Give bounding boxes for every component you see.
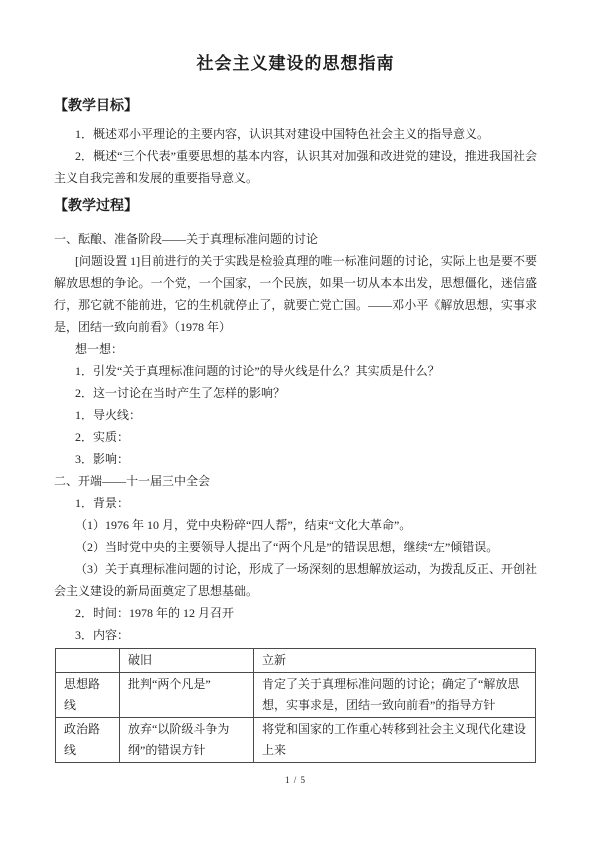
body-paragraph-think: 想一想： [54, 338, 537, 360]
body-paragraph-question-2: 2．这一讨论在当时产生了怎样的影响？ [54, 382, 537, 404]
page-number: 1 / 5 [54, 775, 537, 785]
objective-paragraph: 2．概述“三个代表”重要思想的基本内容，认识其对加强和改进党的建设，推进我国社会… [54, 145, 537, 189]
body-paragraph-background-2: （2）当时党中央的主要领导人提出了“两个凡是”的错误思想，继续“左”倾错误。 [54, 536, 537, 558]
body-paragraph-stage-one: 一、酝酿、准备阶段——关于真理标准问题的讨论 [54, 228, 537, 250]
table-header-cell: 立新 [254, 649, 536, 673]
body-paragraph-essence: 2．实质： [54, 426, 537, 448]
table-cell: 将党和国家的工作重心转移到社会主义现代化建设上来 [254, 718, 536, 763]
table-cell: 批判“两个凡是” [120, 673, 254, 718]
body-paragraph-stage-two: 二、开端——十一届三中全会 [54, 470, 537, 492]
table-row: 政治路线 放弃“以阶级斗争为纲”的错误方针 将党和国家的工作重心转移到社会主义现… [56, 718, 536, 763]
body-paragraph-influence: 3．影响： [54, 448, 537, 470]
table-cell: 放弃“以阶级斗争为纲”的错误方针 [120, 718, 254, 763]
table-cell: 政治路线 [56, 718, 120, 763]
page-title: 社会主义建设的思想指南 [54, 53, 537, 75]
body-paragraph-background-1: （1）1976 年 10 月，党中央粉碎“四人帮”，结束“文化大革命”。 [54, 514, 537, 536]
table-header-cell: 破旧 [120, 649, 254, 673]
body-paragraph-content: 3．内容： [54, 624, 537, 646]
body-paragraph-background: 1．背景： [54, 492, 537, 514]
table-header-row: 破旧 立新 [56, 649, 536, 673]
document-page: 社会主义建设的思想指南 【教学目标】 1．概述邓小平理论的主要内容，认识其对建设… [0, 0, 595, 841]
table-row: 思想路线 批判“两个凡是” 肯定了关于真理标准问题的讨论；确定了“解放思想，实事… [56, 673, 536, 718]
body-paragraph-fuse: 1．导火线： [54, 404, 537, 426]
objective-paragraph: 1．概述邓小平理论的主要内容，认识其对建设中国特色社会主义的指导意义。 [54, 123, 537, 145]
content-table: 破旧 立新 思想路线 批判“两个凡是” 肯定了关于真理标准问题的讨论；确定了“解… [55, 648, 536, 763]
table-cell: 肯定了关于真理标准问题的讨论；确定了“解放思想，实事求是，团结一致向前看”的指导… [254, 673, 536, 718]
table-header-cell [56, 649, 120, 673]
body-paragraph-question-setup: [问题设置 1]目前进行的关于实践是检验真理的唯一标准问题的讨论，实际上也是要不… [54, 250, 537, 338]
section-heading-process: 【教学过程】 [54, 197, 537, 217]
table-cell: 思想路线 [56, 673, 120, 718]
body-paragraph-question-1: 1．引发“关于真理标准问题的讨论”的导火线是什么？其实质是什么？ [54, 360, 537, 382]
body-paragraph-time: 2．时间：1978 年的 12 月召开 [54, 602, 537, 624]
body-paragraph-background-3: （3）关于真理标准问题的讨论，形成了一场深刻的思想解放运动，为拨乱反正、开创社会… [54, 558, 537, 602]
section-heading-objectives: 【教学目标】 [54, 97, 537, 117]
